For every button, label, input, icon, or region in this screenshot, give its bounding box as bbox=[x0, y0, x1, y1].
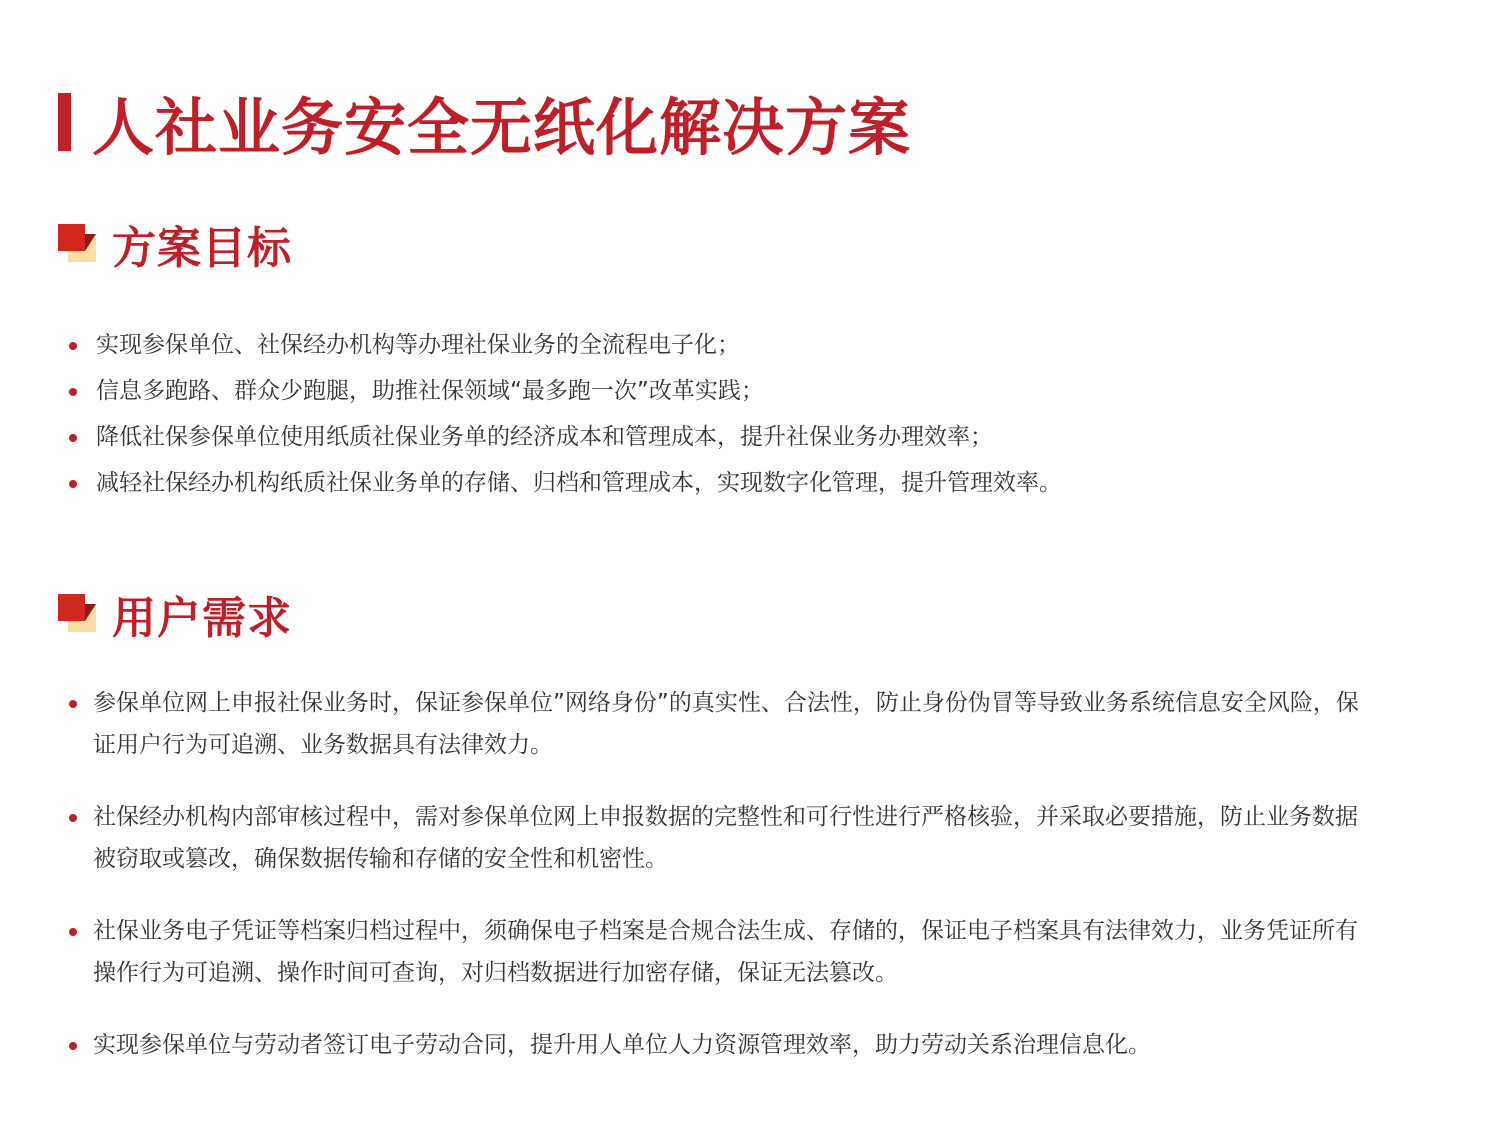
bullet-dot-icon bbox=[69, 700, 77, 708]
need-item: 社保业务电子凭证等档案归档过程中，须确保电子档案是合规合法生成、存储的，保证电子… bbox=[66, 910, 1386, 994]
goals-list: 实现参保单位、社保经办机构等办理社保业务的全流程电子化； 信息多跑路、群众少跑腿… bbox=[66, 322, 1062, 506]
bullet-dot-icon bbox=[69, 388, 77, 396]
goal-item: 减轻社保经办机构纸质社保业务单的存储、归档和管理成本，实现数字化管理，提升管理效… bbox=[66, 460, 1062, 506]
goal-text: 降低社保参保单位使用纸质社保业务单的经济成本和管理成本，提升社保业务办理效率； bbox=[96, 424, 993, 450]
bullet-dot-icon bbox=[69, 1042, 77, 1050]
needs-list: 参保单位网上申报社保业务时，保证参保单位”网络身份”的真实性、合法性，防止身份伪… bbox=[66, 682, 1386, 1096]
bullet-dot-icon bbox=[69, 928, 77, 936]
goal-text: 实现参保单位、社保经办机构等办理社保业务的全流程电子化； bbox=[96, 332, 740, 358]
need-item: 社保经办机构内部审核过程中，需对参保单位网上申报数据的完整性和可行性进行严格核验… bbox=[66, 796, 1386, 880]
page-title: 人社业务安全无纸化解决方案 bbox=[58, 82, 911, 162]
page-title-text: 人社业务安全无纸化解决方案 bbox=[92, 78, 911, 167]
folded-square-icon bbox=[58, 594, 98, 634]
needs-heading: 用户需求 bbox=[112, 582, 292, 646]
goal-item: 信息多跑路、群众少跑腿，助推社保领域“最多跑一次”改革实践； bbox=[66, 368, 1062, 414]
goal-item: 降低社保参保单位使用纸质社保业务单的经济成本和管理成本，提升社保业务办理效率； bbox=[66, 414, 1062, 460]
title-accent-bar bbox=[58, 93, 71, 151]
bullet-dot-icon bbox=[69, 342, 77, 350]
need-item: 参保单位网上申报社保业务时，保证参保单位”网络身份”的真实性、合法性，防止身份伪… bbox=[66, 682, 1386, 766]
goal-text: 信息多跑路、群众少跑腿，助推社保领域“最多跑一次”改革实践； bbox=[96, 378, 764, 404]
goals-heading: 方案目标 bbox=[112, 212, 292, 276]
need-text: 社保业务电子凭证等档案归档过程中，须确保电子档案是合规合法生成、存储的，保证电子… bbox=[93, 910, 1378, 994]
goal-item: 实现参保单位、社保经办机构等办理社保业务的全流程电子化； bbox=[66, 322, 1062, 368]
bullet-dot-icon bbox=[69, 480, 77, 488]
need-item: 实现参保单位与劳动者签订电子劳动合同，提升用人单位人力资源管理效率，助力劳动关系… bbox=[66, 1024, 1386, 1066]
folded-square-icon bbox=[58, 224, 98, 264]
need-text: 参保单位网上申报社保业务时，保证参保单位”网络身份”的真实性、合法性，防止身份伪… bbox=[93, 682, 1378, 766]
bullet-dot-icon bbox=[69, 434, 77, 442]
section-heading-needs: 用户需求 bbox=[58, 584, 292, 644]
bullet-dot-icon bbox=[69, 814, 77, 822]
section-heading-goals: 方案目标 bbox=[58, 214, 292, 274]
goal-text: 减轻社保经办机构纸质社保业务单的存储、归档和管理成本，实现数字化管理，提升管理效… bbox=[96, 470, 1062, 496]
need-text: 社保经办机构内部审核过程中，需对参保单位网上申报数据的完整性和可行性进行严格核验… bbox=[93, 796, 1378, 880]
need-text: 实现参保单位与劳动者签订电子劳动合同，提升用人单位人力资源管理效率，助力劳动关系… bbox=[93, 1024, 1378, 1066]
